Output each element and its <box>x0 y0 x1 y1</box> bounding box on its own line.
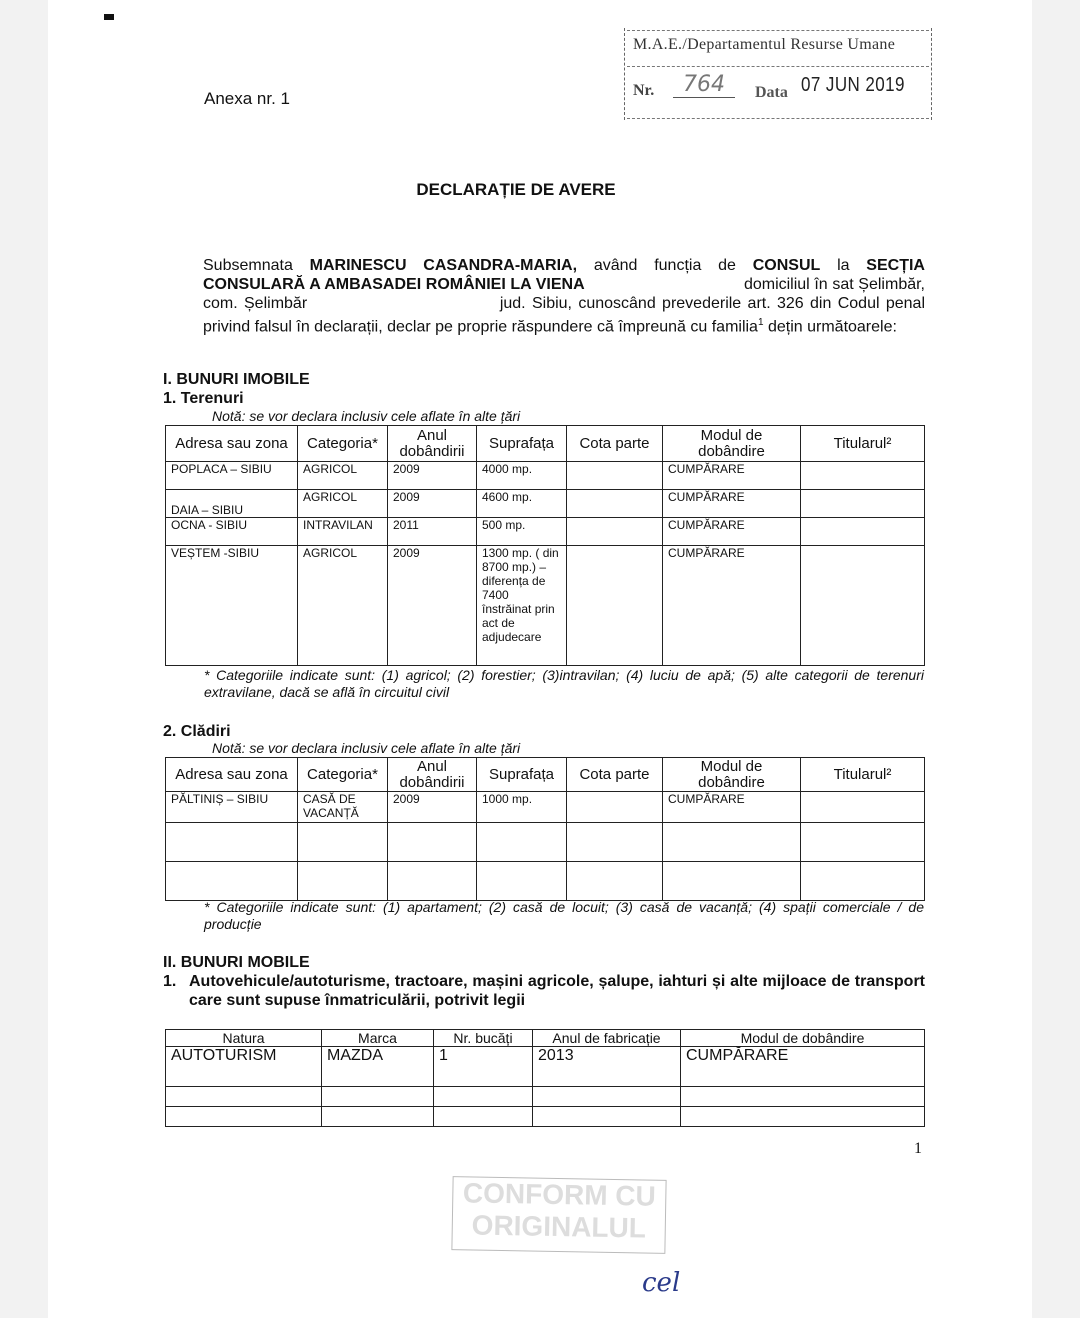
section-title-text: II. BUNURI MOBILE <box>163 954 310 971</box>
declarant-function: CONSUL <box>753 257 821 274</box>
table-cell: AGRICOL <box>298 462 388 490</box>
document-page: M.A.E./Departamentul Resurse Umane Nr. 7… <box>48 0 1032 1318</box>
table-cell <box>434 1107 533 1127</box>
table-cell <box>166 1087 322 1107</box>
table-cell <box>681 1107 925 1127</box>
table-cell <box>567 862 663 901</box>
table-header-row: NaturaMarcaNr. bucățiAnul de fabricațieM… <box>166 1030 925 1047</box>
table-cell <box>663 823 801 862</box>
column-header: Modul de dobândire <box>663 426 801 462</box>
column-header: Anul dobândirii <box>388 426 477 462</box>
table-cell: 2009 <box>388 462 477 490</box>
subsection-text: Autovehicule/autoturisme, tractoare, maș… <box>189 972 925 1010</box>
table-cell: POPLACA – SIBIU <box>166 462 298 490</box>
column-header: Adresa sau zona <box>166 426 298 462</box>
column-header: Suprafața <box>477 426 567 462</box>
column-header: Marca <box>322 1030 434 1047</box>
table-cell <box>477 823 567 862</box>
cladiri-note: Notă: se vor declara inclusiv cele aflat… <box>212 740 520 756</box>
intro-text: dețin următoarele: <box>768 318 897 335</box>
subsection-title-cladiri: 2. Clădiri <box>163 723 231 741</box>
table-cell: 2009 <box>388 490 477 518</box>
stamp-data-label: Data <box>755 84 788 102</box>
column-header: Nr. bucăți <box>434 1030 533 1047</box>
intro-text: la <box>837 257 849 274</box>
cladiri-table: Adresa sau zonaCategoria*Anul dobândirii… <box>165 757 925 901</box>
table-cell: 2011 <box>388 518 477 546</box>
table-cell: PĂLTINIȘ – SIBIU <box>166 792 298 823</box>
subsection-number: 1. <box>163 972 189 1010</box>
certification-stamp: CONFORM CU ORIGINALUL <box>451 1176 666 1254</box>
intro-text: având funcția de <box>594 257 736 274</box>
table-row <box>166 1087 925 1107</box>
annex-label: Anexa nr. 1 <box>204 89 290 109</box>
table-cell: CUMPĂRARE <box>663 490 801 518</box>
table-cell <box>388 862 477 901</box>
table-row <box>166 1107 925 1127</box>
table-cell <box>567 518 663 546</box>
table-row: PĂLTINIȘ – SIBIUCASĂ DE VACANȚĂ20091000 … <box>166 792 925 823</box>
table-cell <box>434 1087 533 1107</box>
table-cell <box>166 823 298 862</box>
table-cell: AGRICOL <box>298 546 388 666</box>
table-cell <box>298 862 388 901</box>
column-header: Suprafața <box>477 758 567 792</box>
table-cell <box>567 792 663 823</box>
terenuri-table: Adresa sau zonaCategoria*Anul dobândirii… <box>165 425 925 666</box>
table-cell: 2009 <box>388 792 477 823</box>
table-cell: CUMPĂRARE <box>663 462 801 490</box>
terenuri-footnote: * Categoriile indicate sunt: (1) agricol… <box>204 667 924 701</box>
table-cell <box>322 1107 434 1127</box>
table-header-row: Adresa sau zonaCategoria*Anul dobândirii… <box>166 426 925 462</box>
column-header: Adresa sau zona <box>166 758 298 792</box>
table-cell: 2013 <box>533 1047 681 1087</box>
table-header-row: Adresa sau zonaCategoria*Anul dobândirii… <box>166 758 925 792</box>
table-cell: 500 mp. <box>477 518 567 546</box>
table-row: DAIA – SIBIUAGRICOL20094600 mp.CUMPĂRARE <box>166 490 925 518</box>
column-header: Natura <box>166 1030 322 1047</box>
page-number: 1 <box>914 1140 922 1158</box>
table-cell <box>801 518 925 546</box>
table-cell: 1000 mp. <box>477 792 567 823</box>
table-row <box>166 862 925 901</box>
column-header: Anul dobândirii <box>388 758 477 792</box>
table-cell: AGRICOL <box>298 490 388 518</box>
intro-text: com. Șelimbăr <box>203 295 307 312</box>
table-cell <box>801 823 925 862</box>
table-row: VEȘTEM -SIBIUAGRICOL20091300 mp. ( din 8… <box>166 546 925 666</box>
table-cell <box>166 1107 322 1127</box>
table-cell: CUMPĂRARE <box>681 1047 925 1087</box>
table-cell <box>567 490 663 518</box>
table-cell <box>166 862 298 901</box>
table-cell <box>533 1087 681 1107</box>
table-cell: CUMPĂRARE <box>663 518 801 546</box>
column-header: Modul de dobândire <box>681 1030 925 1047</box>
section-title-imobile: I. BUNURI IMOBILE <box>163 371 310 389</box>
table-cell <box>567 823 663 862</box>
vehicule-table: NaturaMarcaNr. bucățiAnul de fabricațieM… <box>165 1029 925 1127</box>
table-cell: DAIA – SIBIU <box>166 490 298 518</box>
table-cell <box>801 490 925 518</box>
table-cell: OCNA - SIBIU <box>166 518 298 546</box>
cladiri-footnote: * Categoriile indicate sunt: (1) apartam… <box>204 899 924 933</box>
column-header: Categoria* <box>298 426 388 462</box>
table-cell: 1 <box>434 1047 533 1087</box>
scan-mark <box>104 14 114 20</box>
table-cell <box>298 823 388 862</box>
table-cell <box>681 1087 925 1107</box>
table-row <box>166 823 925 862</box>
declarant-name: MARINESCU CASANDRA-MARIA, <box>310 257 577 274</box>
table-row: OCNA - SIBIUINTRAVILAN2011500 mp.CUMPĂRA… <box>166 518 925 546</box>
table-cell <box>533 1107 681 1127</box>
stamp-institution: M.A.E./Departamentul Resurse Umane <box>633 36 895 54</box>
section-title-mobile: II. BUNURI MOBILE <box>163 954 310 972</box>
column-header: Cota parte <box>567 758 663 792</box>
stamp-nr-value: 764 <box>673 72 735 98</box>
footnote-ref: 1 <box>758 317 764 328</box>
table-cell <box>801 462 925 490</box>
terenuri-note: Notă: se vor declara inclusiv cele aflat… <box>212 408 520 424</box>
column-header: Categoria* <box>298 758 388 792</box>
table-cell <box>801 792 925 823</box>
column-header: Titularul² <box>801 426 925 462</box>
table-row: AUTOTURISMMAZDA12013CUMPĂRARE <box>166 1047 925 1087</box>
column-header: Cota parte <box>567 426 663 462</box>
table-cell: 2009 <box>388 546 477 666</box>
registration-stamp: M.A.E./Departamentul Resurse Umane Nr. 7… <box>624 28 932 120</box>
table-cell: VEȘTEM -SIBIU <box>166 546 298 666</box>
table-cell: CUMPĂRARE <box>663 546 801 666</box>
table-cell <box>477 862 567 901</box>
intro-paragraph: Subsemnata MARINESCU CASANDRA-MARIA, avâ… <box>163 256 925 336</box>
signature: cel <box>642 1268 680 1298</box>
table-cell: 4600 mp. <box>477 490 567 518</box>
table-row: POPLACA – SIBIUAGRICOL20094000 mp.CUMPĂR… <box>166 462 925 490</box>
table-cell: MAZDA <box>322 1047 434 1087</box>
table-cell: INTRAVILAN <box>298 518 388 546</box>
intro-text: domiciliul în sat Șelimbăr, <box>744 276 925 293</box>
table-cell: AUTOTURISM <box>166 1047 322 1087</box>
table-cell: 1300 mp. ( din 8700 mp.) – diferența de … <box>477 546 567 666</box>
table-cell <box>388 823 477 862</box>
subsection-title-terenuri: 1. Terenuri <box>163 390 244 408</box>
document-title: DECLARAȚIE DE AVERE <box>0 180 1032 200</box>
table-cell <box>567 546 663 666</box>
table-cell <box>567 462 663 490</box>
table-cell <box>801 546 925 666</box>
vehicle-subsection-title: 1. Autovehicule/autoturisme, tractoare, … <box>163 972 925 1010</box>
column-header: Modul de dobândire <box>663 758 801 792</box>
table-cell: CUMPĂRARE <box>663 792 801 823</box>
table-cell <box>663 862 801 901</box>
table-cell: CASĂ DE VACANȚĂ <box>298 792 388 823</box>
column-header: Titularul² <box>801 758 925 792</box>
table-cell <box>801 862 925 901</box>
intro-text: Subsemnata <box>203 257 293 274</box>
column-header: Anul de fabricație <box>533 1030 681 1047</box>
table-cell <box>322 1087 434 1107</box>
stamp-nr-label: Nr. <box>633 82 654 100</box>
table-cell: 4000 mp. <box>477 462 567 490</box>
stamp-date-value: 07 JUN 2019 <box>801 74 905 97</box>
